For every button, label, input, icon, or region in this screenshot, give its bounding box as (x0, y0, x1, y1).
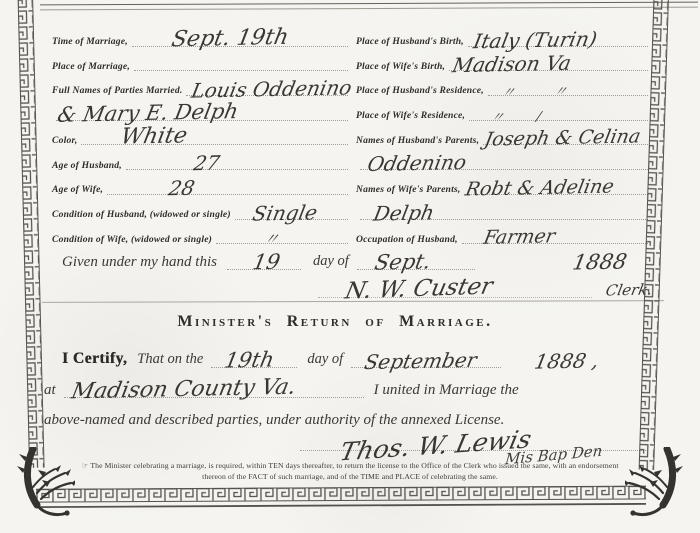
field-dotted-line: Oddenino (360, 144, 648, 170)
field-row-wife-residence: Place of Wife's Residence, 〃 / (356, 96, 648, 121)
fine-print-line-2: thereon of the FACT of such marriage, an… (202, 472, 498, 481)
greek-key-border-bottom (36, 485, 646, 515)
day-blank: 19 (227, 245, 301, 270)
field-row-wife-parents: Names of Wife's Parents, Robt & Adeline (356, 170, 648, 195)
signature-blank: N. W. Custer (318, 273, 592, 298)
handwritten-year: 1888 , (533, 350, 601, 371)
field-label: Condition of Husband, (widowed or single… (52, 210, 235, 220)
handwritten-day: 19 (251, 252, 282, 274)
certify-label: I Certify, (62, 350, 127, 368)
field-row-husband-birth: Place of Husband's Birth, Italy (Turin) (356, 22, 648, 47)
clerk-title-handwritten: Clerk. (604, 283, 653, 299)
field-row-age-of-wife: Age of Wife, 28 (52, 170, 348, 195)
month-blank: Sept. (357, 245, 475, 270)
clerk-attestation-line: Given under my hand this 19 day of Sept.… (62, 244, 650, 270)
field-label: Age of Wife, (52, 185, 107, 195)
field-dotted-line: 28 (107, 169, 348, 195)
left-field-column: Time of Marriage, Sept. 19th Place of Ma… (52, 22, 348, 244)
field-dotted-line: Delph (360, 194, 648, 220)
ministers-return-heading: Minister's Return of Marriage. (0, 313, 670, 331)
field-dotted-line: 〃 (216, 219, 348, 245)
field-row-husband-residence: Place of Husband's Residence, 〃 〃 (356, 71, 648, 96)
field-dotted-line: Madison Va (449, 46, 648, 72)
field-dotted-line: Italy (Turin) (468, 21, 648, 47)
field-row-husband-occupation: Occupation of Husband, Farmer (356, 220, 648, 245)
field-row-condition-of-husband: Condition of Husband, (widowed or single… (52, 195, 348, 220)
field-row-full-names: Full Names of Parties Married. Louis Odd… (52, 71, 348, 96)
top-rule (40, 2, 698, 11)
field-dotted-line: 〃 / (469, 95, 648, 121)
floral-corner-ornament-right (625, 447, 697, 523)
printed-text: I united in Marriage the (374, 382, 519, 399)
floral-corner-ornament-left (3, 447, 75, 523)
field-dotted-line: 〃 〃 (488, 70, 648, 96)
month-blank: September (351, 343, 501, 368)
clerk-signature-line: N. W. Custer Clerk. (318, 270, 652, 298)
place-blank: Madison County Va. (64, 373, 364, 398)
field-row-age-of-husband: Age of Husband, 27 (52, 145, 348, 170)
field-dotted-line: Joseph & Celina (483, 120, 648, 146)
field-label: Condition of Wife, (widowed or single) (52, 235, 216, 245)
field-label: Place of Marriage, (52, 62, 134, 72)
field-label: Color, (52, 136, 81, 146)
field-dotted-line: & Mary E. Delph (56, 95, 348, 121)
field-row-color: Color, White (52, 121, 348, 146)
field-dotted-line: 27 (126, 144, 348, 170)
printed-text: Given under my hand this (62, 254, 217, 271)
instruction-fine-print: ☞ The Minister celebrating a marriage, i… (55, 461, 645, 483)
certify-line-1: I Certify, That on the 19th day of Septe… (62, 340, 647, 368)
right-field-column: Place of Husband's Birth, Italy (Turin) … (356, 22, 648, 244)
pointing-hand-icon: ☞ (81, 461, 88, 470)
field-dotted-line: Farmer (462, 219, 648, 245)
handwritten-day: 19th (223, 349, 276, 371)
field-dotted-line: Sept. 19th (132, 21, 348, 47)
field-label: Place of Husband's Residence, (356, 86, 488, 96)
field-label: Place of Wife's Birth, (356, 62, 449, 72)
certify-line-2: at Madison County Va. I united in Marria… (44, 370, 650, 398)
field-row-place-of-marriage: Place of Marriage, (52, 47, 348, 72)
printed-text: day of (313, 254, 349, 270)
field-label: Occupation of Husband, (356, 235, 462, 245)
field-row-full-names-cont: & Mary E. Delph (52, 96, 348, 121)
printed-text: day of (307, 352, 343, 368)
year-blank: 1888 , (507, 343, 647, 368)
field-row-wife-parents-cont: Delph (356, 195, 648, 220)
fine-print-line-1: The Minister celebrating a marriage, is … (90, 461, 618, 470)
year-blank: 1888 (483, 245, 650, 270)
field-row-time-of-marriage: Time of Marriage, Sept. 19th (52, 22, 348, 47)
field-dotted-line (134, 46, 348, 72)
field-dotted-line: White (81, 120, 348, 146)
field-label: Place of Wife's Residence, (356, 111, 469, 121)
field-row-husband-parents-cont: Oddenino (356, 145, 648, 170)
field-label: Time of Marriage, (52, 37, 132, 47)
printed-text: at (44, 382, 56, 399)
field-dotted-line: Louis Oddenino (186, 70, 348, 96)
field-dotted-line: Single (235, 194, 348, 220)
printed-text: That on the (137, 352, 203, 368)
field-row-wife-birth: Place of Wife's Birth, Madison Va (356, 47, 648, 72)
clerk-signature-handwritten: N. W. Custer (343, 275, 495, 303)
field-row-condition-of-wife: Condition of Wife, (widowed or single) 〃 (52, 220, 348, 245)
field-dotted-line: Robt & Adeline (464, 169, 648, 195)
day-blank: 19th (211, 343, 297, 368)
field-row-husband-parents: Names of Husband's Parents, Joseph & Cel… (356, 121, 648, 146)
marriage-certificate-scan: Time of Marriage, Sept. 19th Place of Ma… (0, 0, 700, 533)
handwritten-month: September (363, 350, 479, 372)
